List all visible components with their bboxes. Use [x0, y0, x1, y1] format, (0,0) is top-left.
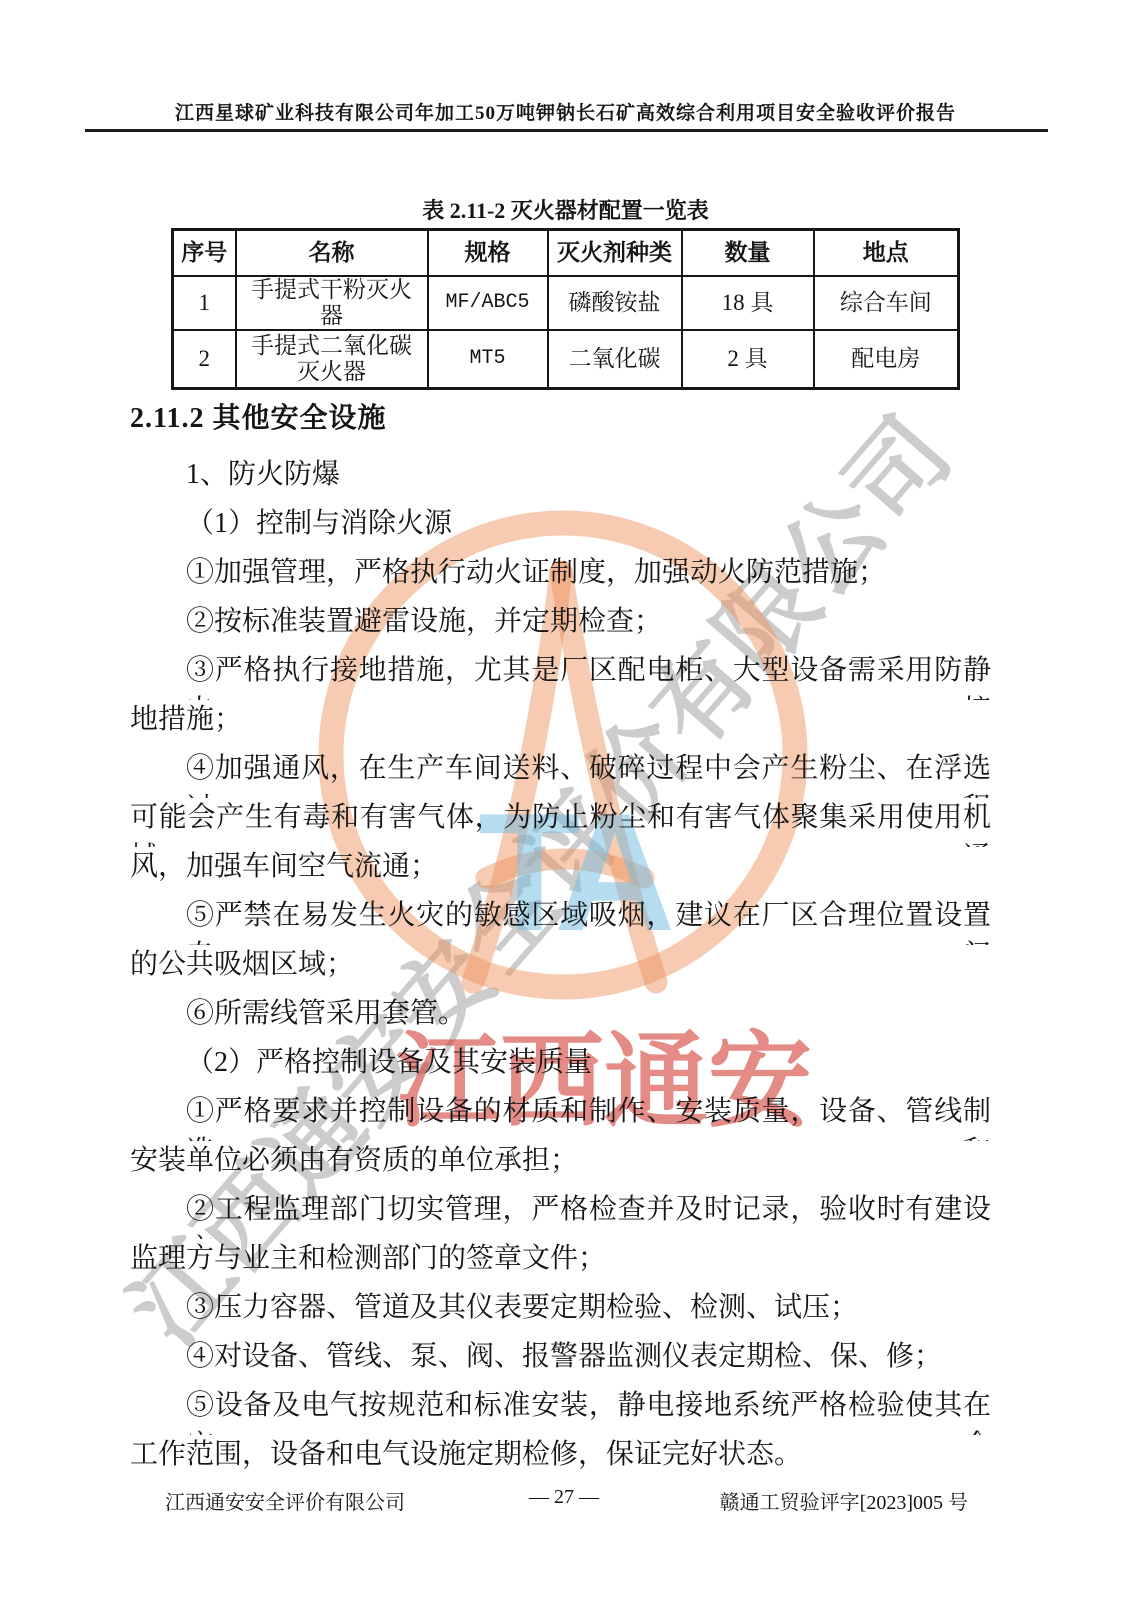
cell-quantity: 18 具 [682, 276, 814, 330]
section-heading: 2.11.2 其他安全设施 [130, 396, 386, 436]
body-line: 工作范围，设备和电气设施定期检修，保证完好状态。 [130, 1435, 991, 1484]
body-line: 地措施； [130, 700, 991, 749]
cell-spec: MF/ABC5 [428, 276, 548, 330]
col-header-index: 序号 [173, 230, 236, 277]
col-header-spec: 规格 [428, 230, 548, 277]
body-text: 1、防火防爆 （1）控制与消除火源 ①加强管理，严格执行动火证制度，加强动火防范… [130, 455, 991, 1484]
table-row: 2 手提式二氧化碳灭火器 MT5 二氧化碳 2 具 配电房 [173, 330, 959, 389]
extinguisher-table: 序号 名称 规格 灭火剂种类 数量 地点 1 手提式干粉灭火器 MF/ABC5 … [171, 228, 960, 390]
cell-name: 手提式干粉灭火器 [236, 276, 428, 330]
report-page: 江西通安安全评价有限公司 TA 江西通安 江西星球矿业科技有限公司年加工50万吨… [0, 0, 1131, 1600]
body-line: 1、防火防爆 [130, 455, 991, 504]
cell-agent: 磷酸铵盐 [548, 276, 682, 330]
body-line: ④加强通风，在生产车间送料、破碎过程中会产生粉尘、在浮选过程 [130, 749, 991, 798]
cell-quantity: 2 具 [682, 330, 814, 389]
table-row: 1 手提式干粉灭火器 MF/ABC5 磷酸铵盐 18 具 综合车间 [173, 276, 959, 330]
body-line: ⑥所需线管采用套管。 [130, 994, 991, 1043]
page-header-title: 江西星球矿业科技有限公司年加工50万吨钾钠长石矿高效综合利用项目安全验收评价报告 [0, 98, 1131, 125]
body-line: ②工程监理部门切实管理，严格检查并及时记录，验收时有建设方、 [130, 1190, 991, 1239]
col-header-quantity: 数量 [682, 230, 814, 277]
body-line: ②按标准装置避雷设施，并定期检查； [130, 602, 991, 651]
body-line: ③严格执行接地措施，尤其是厂区配电柜、大型设备需采用防静电接 [130, 651, 991, 700]
body-line: 监理方与业主和检测部门的签章文件； [130, 1239, 991, 1288]
col-header-agent: 灭火剂种类 [548, 230, 682, 277]
header-rule [85, 129, 1048, 132]
body-line: 可能会产生有毒和有害气体，为防止粉尘和有害气体聚集采用使用机械通 [130, 798, 991, 847]
table-caption: 表 2.11-2 灭火器材配置一览表 [0, 194, 1131, 225]
body-line: （1）控制与消除火源 [130, 504, 991, 553]
body-line: ⑤设备及电气按规范和标准安装，静电接地系统严格检验使其在安全 [130, 1386, 991, 1435]
cell-location: 综合车间 [814, 276, 959, 330]
body-line: ①加强管理，严格执行动火证制度，加强动火防范措施； [130, 553, 991, 602]
body-line: ⑤严禁在易发生火灾的敏感区域吸烟，建议在厂区合理位置设置专门 [130, 896, 991, 945]
body-line: ④对设备、管线、泵、阀、报警器监测仪表定期检、保、修； [130, 1337, 991, 1386]
cell-name: 手提式二氧化碳灭火器 [236, 330, 428, 389]
body-line: 的公共吸烟区域； [130, 945, 991, 994]
col-header-name: 名称 [236, 230, 428, 277]
cell-agent: 二氧化碳 [548, 330, 682, 389]
body-line: 风，加强车间空气流通； [130, 847, 991, 896]
cell-spec: MT5 [428, 330, 548, 389]
body-line: ①严格要求并控制设备的材质和制作、安装质量，设备、管线制造和 [130, 1092, 991, 1141]
body-line: ③压力容器、管道及其仪表要定期检验、检测、试压； [130, 1288, 991, 1337]
cell-index: 1 [173, 276, 236, 330]
footer-doc-number: 赣通工贸验评字[2023]005 号 [720, 1486, 968, 1515]
body-line: （2）严格控制设备及其安装质量 [130, 1043, 991, 1092]
cell-index: 2 [173, 330, 236, 389]
table-header-row: 序号 名称 规格 灭火剂种类 数量 地点 [173, 230, 959, 277]
body-line: 安装单位必须由有资质的单位承担； [130, 1141, 991, 1190]
col-header-location: 地点 [814, 230, 959, 277]
cell-location: 配电房 [814, 330, 959, 389]
